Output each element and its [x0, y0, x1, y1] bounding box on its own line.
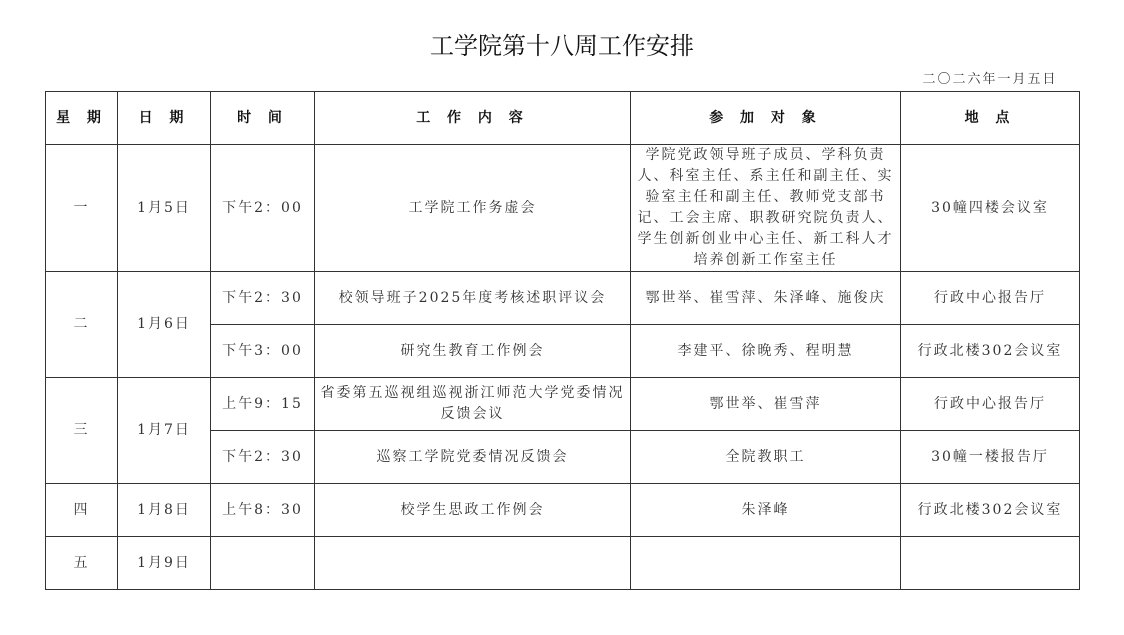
location-cell: [901, 537, 1080, 590]
time-cell: [211, 537, 315, 590]
time-cell: 上午8：30: [211, 484, 315, 537]
location-cell: 行政中心报告厅: [901, 378, 1080, 431]
content-cell: 校学生思政工作例会: [315, 484, 631, 537]
content-cell: 工学院工作务虚会: [315, 145, 631, 272]
time-cell: 下午2：00: [211, 145, 315, 272]
attendees-cell: [631, 537, 901, 590]
attendees-cell: 鄂世举、崔雪萍: [631, 378, 901, 431]
schedule-table: 星 期 日 期 时 间 工 作 内 容 参 加 对 象 地 点 一 1月5日 下…: [45, 91, 1080, 590]
location-cell: 30幢四楼会议室: [901, 145, 1080, 272]
header-row: 星 期 日 期 时 间 工 作 内 容 参 加 对 象 地 点: [46, 92, 1080, 145]
location-cell: 行政北楼302会议室: [901, 325, 1080, 378]
attendees-cell: 鄂世举、崔雪萍、朱泽峰、施俊庆: [631, 272, 901, 325]
content-cell: 省委第五巡视组巡视浙江师范大学党委情况反馈会议: [315, 378, 631, 431]
time-cell: 下午2：30: [211, 431, 315, 484]
location-cell: 行政中心报告厅: [901, 272, 1080, 325]
table-row: 四 1月8日 上午8：30 校学生思政工作例会 朱泽峰 行政北楼302会议室: [46, 484, 1080, 537]
table-row: 二 1月6日 下午2：30 校领导班子2025年度考核述职评议会 鄂世举、崔雪萍…: [46, 272, 1080, 325]
header-date: 日 期: [118, 92, 211, 145]
date-cell: 1月5日: [118, 145, 211, 272]
date-cell: 1月9日: [118, 537, 211, 590]
weekday-cell: 二: [46, 272, 118, 378]
header-location: 地 点: [901, 92, 1080, 145]
header-content: 工 作 内 容: [315, 92, 631, 145]
table-row: 五 1月9日: [46, 537, 1080, 590]
location-cell: 行政北楼302会议室: [901, 484, 1080, 537]
attendees-cell: 李建平、徐晚秀、程明慧: [631, 325, 901, 378]
table-row: 一 1月5日 下午2：00 工学院工作务虚会 学院党政领导班子成员、学科负责人、…: [46, 145, 1080, 272]
header-attendees: 参 加 对 象: [631, 92, 901, 145]
date-cell: 1月6日: [118, 272, 211, 378]
content-cell: 校领导班子2025年度考核述职评议会: [315, 272, 631, 325]
date-cell: 1月8日: [118, 484, 211, 537]
content-cell: 巡察工学院党委情况反馈会: [315, 431, 631, 484]
date-cell: 1月7日: [118, 378, 211, 484]
weekday-cell: 三: [46, 378, 118, 484]
time-cell: 下午2：30: [211, 272, 315, 325]
content-cell: 研究生教育工作例会: [315, 325, 631, 378]
time-cell: 下午3：00: [211, 325, 315, 378]
attendees-cell: 学院党政领导班子成员、学科负责人、科室主任、系主任和副主任、实验室主任和副主任、…: [631, 145, 901, 272]
weekday-cell: 一: [46, 145, 118, 272]
document-title: 工学院第十八周工作安排: [0, 26, 1124, 61]
location-cell: 30幢一楼报告厅: [901, 431, 1080, 484]
attendees-cell: 全院教职工: [631, 431, 901, 484]
time-cell: 上午9：15: [211, 378, 315, 431]
weekday-cell: 四: [46, 484, 118, 537]
content-cell: [315, 537, 631, 590]
header-weekday: 星 期: [46, 92, 118, 145]
weekday-cell: 五: [46, 537, 118, 590]
table-row: 三 1月7日 上午9：15 省委第五巡视组巡视浙江师范大学党委情况反馈会议 鄂世…: [46, 378, 1080, 431]
header-time: 时 间: [211, 92, 315, 145]
attendees-cell: 朱泽峰: [631, 484, 901, 537]
document-date: 二〇二六年一月五日: [915, 68, 1065, 87]
